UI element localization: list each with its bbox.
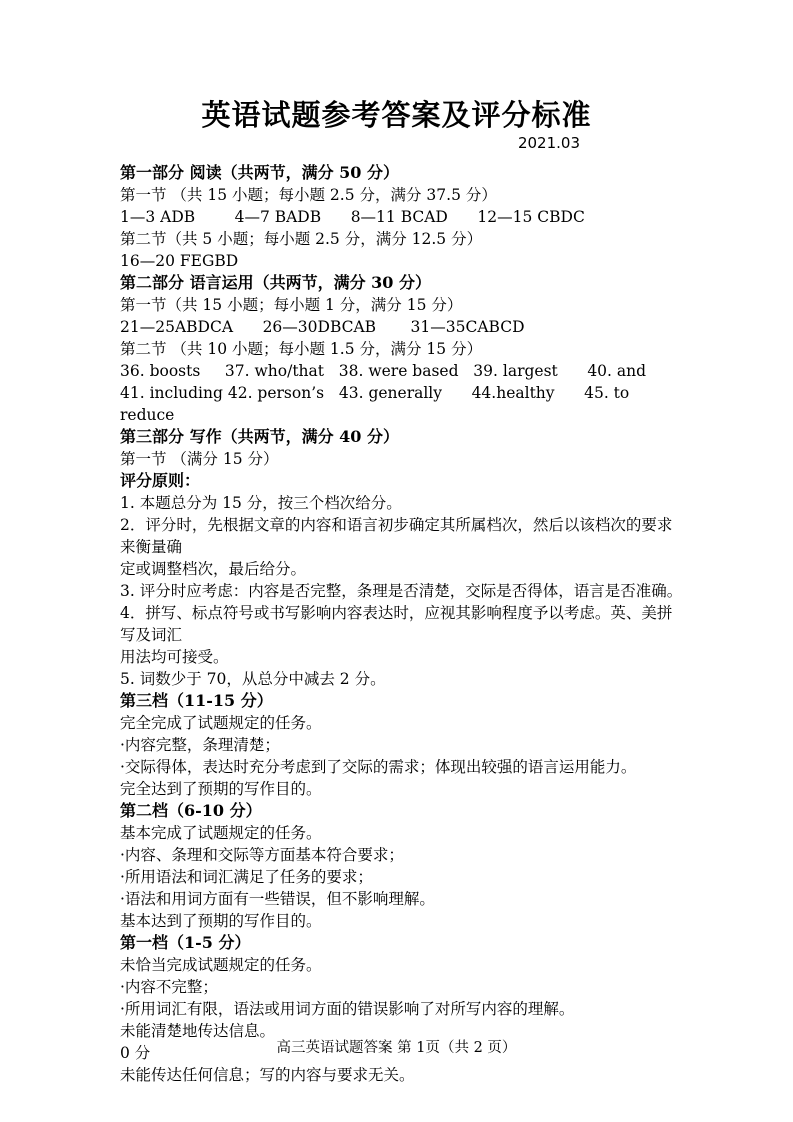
- doc-line: 第二节 （共 10 小题；每小题 1.5 分，满分 15 分）: [120, 338, 685, 360]
- doc-line: 完全达到了预期的写作目的。: [120, 778, 685, 800]
- doc-line: 第一节 （满分 15 分）: [120, 448, 685, 470]
- doc-line: 3. 评分时应考虑：内容是否完整，条理是否清楚，交际是否得体，语言是否准确。: [120, 580, 685, 602]
- doc-line: ·内容、条理和交际等方面基本符合要求；: [120, 844, 685, 866]
- doc-line: 定或调整档次，最后给分。: [120, 558, 685, 580]
- doc-line: 1. 本题总分为 15 分，按三个档次给分。: [120, 492, 685, 514]
- doc-line: 第三部分 写作（共两节，满分 40 分）: [120, 426, 685, 448]
- doc-line: 第三档（11-15 分）: [120, 690, 685, 712]
- doc-line: 16—20 FEGBD: [120, 250, 685, 272]
- doc-line: 第一档（1-5 分）: [120, 932, 685, 954]
- doc-line: 1—3 ADB 4—7 BADB 8—11 BCAD 12—15 CBDC: [120, 206, 685, 228]
- doc-line: 第一节 （共 15 小题；每小题 2.5 分，满分 37.5 分）: [120, 184, 685, 206]
- doc-line: 完全完成了试题规定的任务。: [120, 712, 685, 734]
- doc-line: 第一节（共 15 小题；每小题 1 分，满分 15 分）: [120, 294, 685, 316]
- doc-line: 评分原则：: [120, 470, 685, 492]
- doc-line: 41. including 42. person’s 43. generally…: [120, 382, 685, 426]
- page-footer: 高三英语试题答案 第 1页（共 2 页）: [0, 1038, 793, 1058]
- doc-line: 第二节（共 5 小题；每小题 2.5 分，满分 12.5 分）: [120, 228, 685, 250]
- doc-line: 第二部分 语言运用（共两节，满分 30 分）: [120, 272, 685, 294]
- doc-line: 第二档（6-10 分）: [120, 800, 685, 822]
- doc-line: 基本完成了试题规定的任务。: [120, 822, 685, 844]
- doc-line: ·所用词汇有限，语法或用词方面的错误影响了对所写内容的理解。: [120, 998, 685, 1020]
- doc-line: 36. boosts 37. who/that 38. were based 3…: [120, 360, 685, 382]
- doc-line: 基本达到了预期的写作目的。: [120, 910, 685, 932]
- doc-line: 未恰当完成试题规定的任务。: [120, 954, 685, 976]
- doc-line: 用法均可接受。: [120, 646, 685, 668]
- doc-line: ·语法和用词方面有一些错误，但不影响理解。: [120, 888, 685, 910]
- doc-line: ·交际得体，表达时充分考虑到了交际的需求；体现出较强的语言运用能力。: [120, 756, 685, 778]
- doc-line: 4．拼写、标点符号或书写影响内容表达时，应视其影响程度予以考虑。英、美拼写及词汇: [120, 602, 685, 646]
- doc-line: 5. 词数少于 70，从总分中减去 2 分。: [120, 668, 685, 690]
- doc-line: 21—25ABDCA 26—30DBCAB 31—35CABCD: [120, 316, 685, 338]
- document-body: 第一部分 阅读（共两节，满分 50 分）第一节 （共 15 小题；每小题 2.5…: [120, 162, 685, 1086]
- doc-line: ·所用语法和词汇满足了任务的要求；: [120, 866, 685, 888]
- doc-line: 未能传达任何信息；写的内容与要求无关。: [120, 1064, 685, 1086]
- doc-line: ·内容不完整；: [120, 976, 685, 998]
- document-title: 英语试题参考答案及评分标准: [0, 0, 793, 133]
- doc-line: 第一部分 阅读（共两节，满分 50 分）: [120, 162, 685, 184]
- doc-line: ·内容完整，条理清楚；: [120, 734, 685, 756]
- document-date: 2021.03: [0, 134, 793, 153]
- doc-line: 2．评分时，先根据文章的内容和语言初步确定其所属档次，然后以该档次的要求来衡量确: [120, 514, 685, 558]
- document-page: 英语试题参考答案及评分标准 2021.03 第一部分 阅读（共两节，满分 50 …: [0, 0, 793, 1122]
